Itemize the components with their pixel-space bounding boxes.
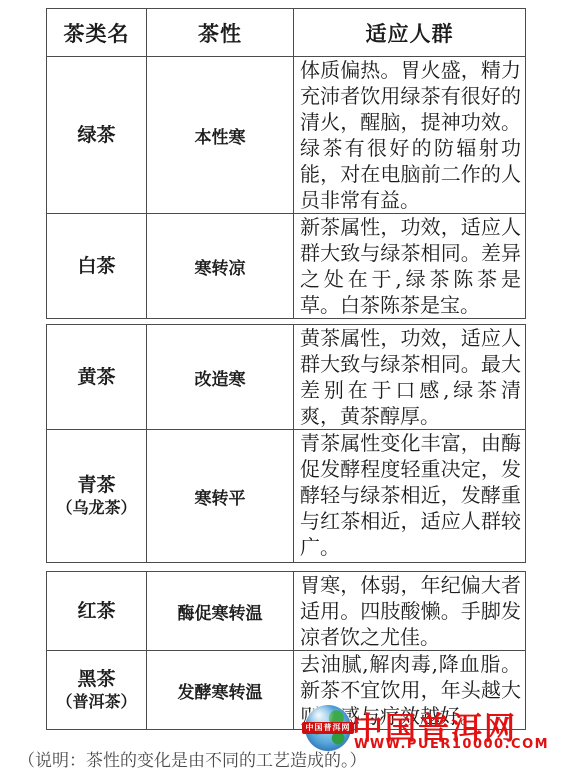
tea-name-cell: 绿茶 (47, 57, 147, 214)
tea-audience-cell: 黄茶属性，功效，适应人群大致与绿茶相同。最大差别在于口感,绿茶清爽，黄茶醇厚。 (294, 325, 526, 430)
tea-table-1: 茶类名 茶性 适应人群 绿茶 本性寒 体质偏热。胃火盛，精力充沛者饮用绿茶有很好… (46, 8, 526, 319)
tea-name: 白茶 (48, 254, 145, 278)
tea-name-cell: 黄茶 (47, 325, 147, 430)
header-tea-audience: 适应人群 (294, 9, 526, 57)
tea-name-cell: 青茶 （乌龙茶） (47, 430, 147, 563)
tea-name-cell: 黑茶 （普洱茶） (47, 651, 147, 730)
tea-nature-cell: 改造寒 (147, 325, 294, 430)
tea-audience-text: 青茶属性变化丰富，由酶促发酵程度轻重决定，发酵轻与绿茶相近，发酵重与红茶相近，适… (300, 430, 521, 560)
tea-table-3: 红茶 酶促寒转温 胃寒，体弱，年纪偏大者适用。四肢酸懒。手脚发凉者饮之尤佳。 黑… (46, 571, 526, 730)
table-row-green-tea: 绿茶 本性寒 体质偏热。胃火盛，精力充沛者饮用绿茶有很好的清火，醒脑，提神功效。… (47, 57, 526, 214)
table-row-dark-tea: 黑茶 （普洱茶） 发酵寒转温 去油腻,解肉毒,降血脂。新茶不宜饮用，年头越大则口… (47, 651, 526, 730)
tea-audience-text: 新茶属性，功效，适应人群大致与绿茶相同。差异之处在于,绿茶陈茶是草。白茶陈茶是宝… (300, 214, 521, 318)
header-tea-name: 茶类名 (47, 9, 147, 57)
table-row-white-tea: 白茶 寒转凉 新茶属性，功效，适应人群大致与绿茶相同。差异之处在于,绿茶陈茶是草… (47, 214, 526, 319)
tea-audience-cell: 青茶属性变化丰富，由酶促发酵程度轻重决定，发酵轻与绿茶相近，发酵重与红茶相近，适… (294, 430, 526, 563)
tea-nature-cell: 寒转平 (147, 430, 294, 563)
tea-audience-cell: 去油腻,解肉毒,降血脂。新茶不宜饮用，年头越大则口感与疗效越好。 (294, 651, 526, 730)
tea-audience-cell: 体质偏热。胃火盛，精力充沛者饮用绿茶有很好的清火，醒脑，提神功效。绿茶有很好的防… (294, 57, 526, 214)
tea-audience-text: 胃寒，体弱，年纪偏大者适用。四肢酸懒。手脚发凉者饮之尤佳。 (300, 572, 521, 650)
tea-subname: （乌龙茶） (48, 497, 145, 519)
tea-audience-cell: 新茶属性，功效，适应人群大致与绿茶相同。差异之处在于,绿茶陈茶是草。白茶陈茶是宝… (294, 214, 526, 319)
table-row-oolong-tea: 青茶 （乌龙茶） 寒转平 青茶属性变化丰富，由酶促发酵程度轻重决定，发酵轻与绿茶… (47, 430, 526, 563)
tea-nature-cell: 寒转凉 (147, 214, 294, 319)
tea-name: 红茶 (48, 599, 145, 623)
tea-nature-cell: 本性寒 (147, 57, 294, 214)
table-header-row: 茶类名 茶性 适应人群 (47, 9, 526, 57)
tea-name: 绿茶 (48, 123, 145, 147)
tea-audience-text: 去油腻,解肉毒,降血脂。新茶不宜饮用，年头越大则口感与疗效越好。 (300, 651, 521, 729)
watermark-site-url: WWW.PUER10000.COM (354, 737, 549, 752)
tea-name-cell: 白茶 (47, 214, 147, 319)
tea-name: 黄茶 (48, 365, 145, 389)
tea-name: 青茶 (48, 473, 145, 497)
header-tea-nature: 茶性 (147, 9, 294, 57)
tea-audience-text: 黄茶属性，功效，适应人群大致与绿茶相同。最大差别在于口感,绿茶清爽，黄茶醇厚。 (300, 325, 521, 429)
tea-audience-cell: 胃寒，体弱，年纪偏大者适用。四肢酸懒。手脚发凉者饮之尤佳。 (294, 572, 526, 651)
table-row-yellow-tea: 黄茶 改造寒 黄茶属性，功效，适应人群大致与绿茶相同。最大差别在于口感,绿茶清爽… (47, 325, 526, 430)
tea-nature-cell: 发酵寒转温 (147, 651, 294, 730)
tea-table-2: 黄茶 改造寒 黄茶属性，功效，适应人群大致与绿茶相同。最大差别在于口感,绿茶清爽… (46, 324, 526, 563)
tea-nature-cell: 酶促寒转温 (147, 572, 294, 651)
tea-audience-text: 体质偏热。胃火盛，精力充沛者饮用绿茶有很好的清火，醒脑，提神功效。绿茶有很好的防… (300, 57, 521, 213)
footnote: （说明：茶性的变化是由不同的工艺造成的。） (18, 746, 367, 771)
tea-name-cell: 红茶 (47, 572, 147, 651)
table-row-black-tea: 红茶 酶促寒转温 胃寒，体弱，年纪偏大者适用。四肢酸懒。手脚发凉者饮之尤佳。 (47, 572, 526, 651)
tea-name: 黑茶 (48, 667, 145, 691)
tea-subname: （普洱茶） (48, 691, 145, 713)
